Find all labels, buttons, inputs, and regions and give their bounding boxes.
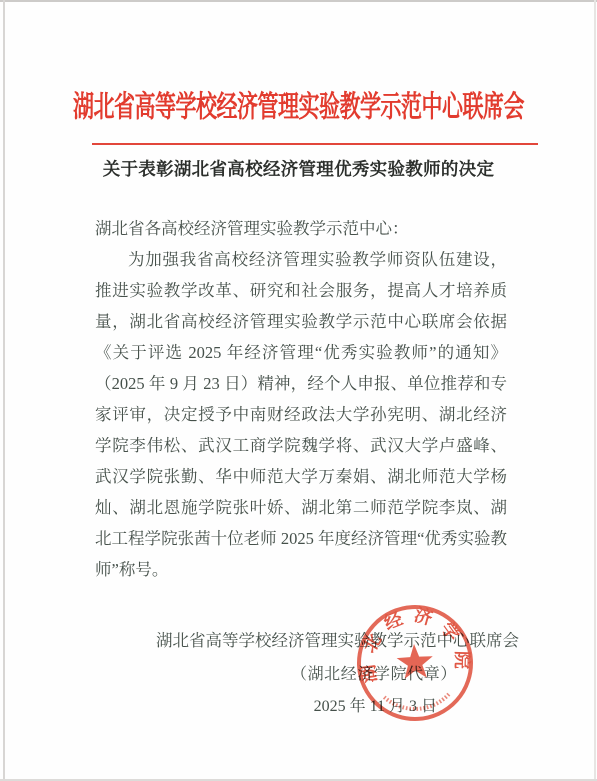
seal-org-text: 湖北经济学院 bbox=[353, 601, 475, 685]
document-page: 湖北省高等学校经济管理实验教学示范中心联席会 关于表彰湖北省高校经济管理优秀实验… bbox=[0, 0, 597, 781]
letterhead-divider bbox=[92, 143, 538, 145]
seal-code-marks bbox=[384, 694, 450, 711]
body-paragraph: 为加强我省高校经济管理实验教学师资队伍建设，推进实验教学改革、研究和社会服务，提… bbox=[95, 244, 507, 585]
letterhead-title: 湖北省高等学校经济管理实验教学示范中心联席会 bbox=[0, 84, 597, 127]
salutation-line: 湖北省各高校经济管理实验教学示范中心： bbox=[95, 213, 507, 244]
seal-star-icon bbox=[396, 643, 434, 679]
scan-edge-top bbox=[0, 0, 597, 2]
document-body: 湖北省各高校经济管理实验教学示范中心： 为加强我省高校经济管理实验教学师资队伍建… bbox=[95, 213, 507, 585]
document-title: 关于表彰湖北省高校经济管理优秀实验教师的决定 bbox=[0, 156, 597, 181]
official-seal: 湖北经济学院 bbox=[348, 596, 483, 731]
svg-text:湖北经济学院: 湖北经济学院 bbox=[353, 601, 475, 685]
